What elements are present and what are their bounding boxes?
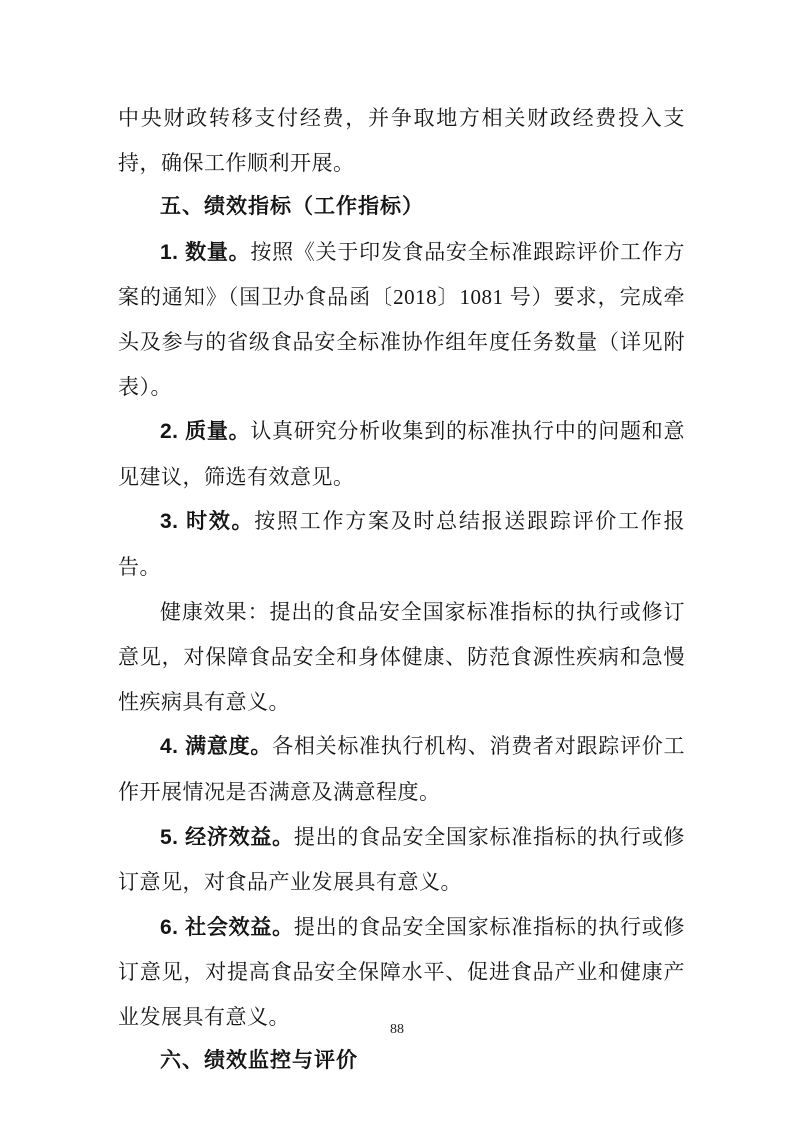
paragraph-text: 健康效果：提出的食品安全国家标准指标的执行或修订意见，对保障食品安全和身体健康、… — [118, 600, 685, 714]
numbered-paragraph-economic-benefit: 5. 经济效益。提出的食品安全国家标准指标的执行或修订意见，对食品产业发展具有意… — [118, 815, 685, 905]
section-heading-monitoring-evaluation: 六、绩效监控与评价 — [118, 1039, 685, 1084]
numbered-paragraph-satisfaction: 4. 满意度。各相关标准执行机构、消费者对跟踪评价工作开展情况是否满意及满意程度… — [118, 724, 685, 814]
paragraph-lead: 2. 质量。 — [160, 420, 250, 443]
numbered-paragraph-quality: 2. 质量。认真研究分析收集到的标准执行中的问题和意见建议，筛选有效意见。 — [118, 409, 685, 499]
paragraph-lead: 1. 数量。 — [160, 241, 250, 264]
paragraph-health-effect: 健康效果：提出的食品安全国家标准指标的执行或修订意见，对保障食品安全和身体健康、… — [118, 590, 685, 725]
paragraph-lead: 3. 时效。 — [160, 510, 254, 533]
numbered-paragraph-timeliness: 3. 时效。按照工作方案及时总结报送跟踪评价工作报告。 — [118, 499, 685, 589]
paragraph-lead: 6. 社会效益。 — [160, 916, 294, 939]
numbered-paragraph-quantity: 1. 数量。按照《关于印发食品安全标准跟踪评价工作方案的通知》（国卫办食品函〔2… — [118, 230, 685, 409]
document-page: 中央财政转移支付经费，并争取地方相关财政经费投入支持，确保工作顺利开展。 五、绩… — [0, 0, 794, 1122]
page-number: 88 — [0, 1022, 794, 1038]
paragraph-lead: 4. 满意度。 — [160, 735, 272, 758]
document-body: 中央财政转移支付经费，并争取地方相关财政经费投入支持，确保工作顺利开展。 五、绩… — [118, 96, 685, 1084]
numbered-paragraph-social-benefit: 6. 社会效益。提出的食品安全国家标准指标的执行或修订意见，对提高食品安全保障水… — [118, 905, 685, 1040]
section-heading-performance-indicators: 五、绩效指标（工作指标） — [118, 185, 685, 230]
paragraph-continuation: 中央财政转移支付经费，并争取地方相关财政经费投入支持，确保工作顺利开展。 — [118, 96, 685, 185]
paragraph-lead: 5. 经济效益。 — [160, 826, 294, 849]
